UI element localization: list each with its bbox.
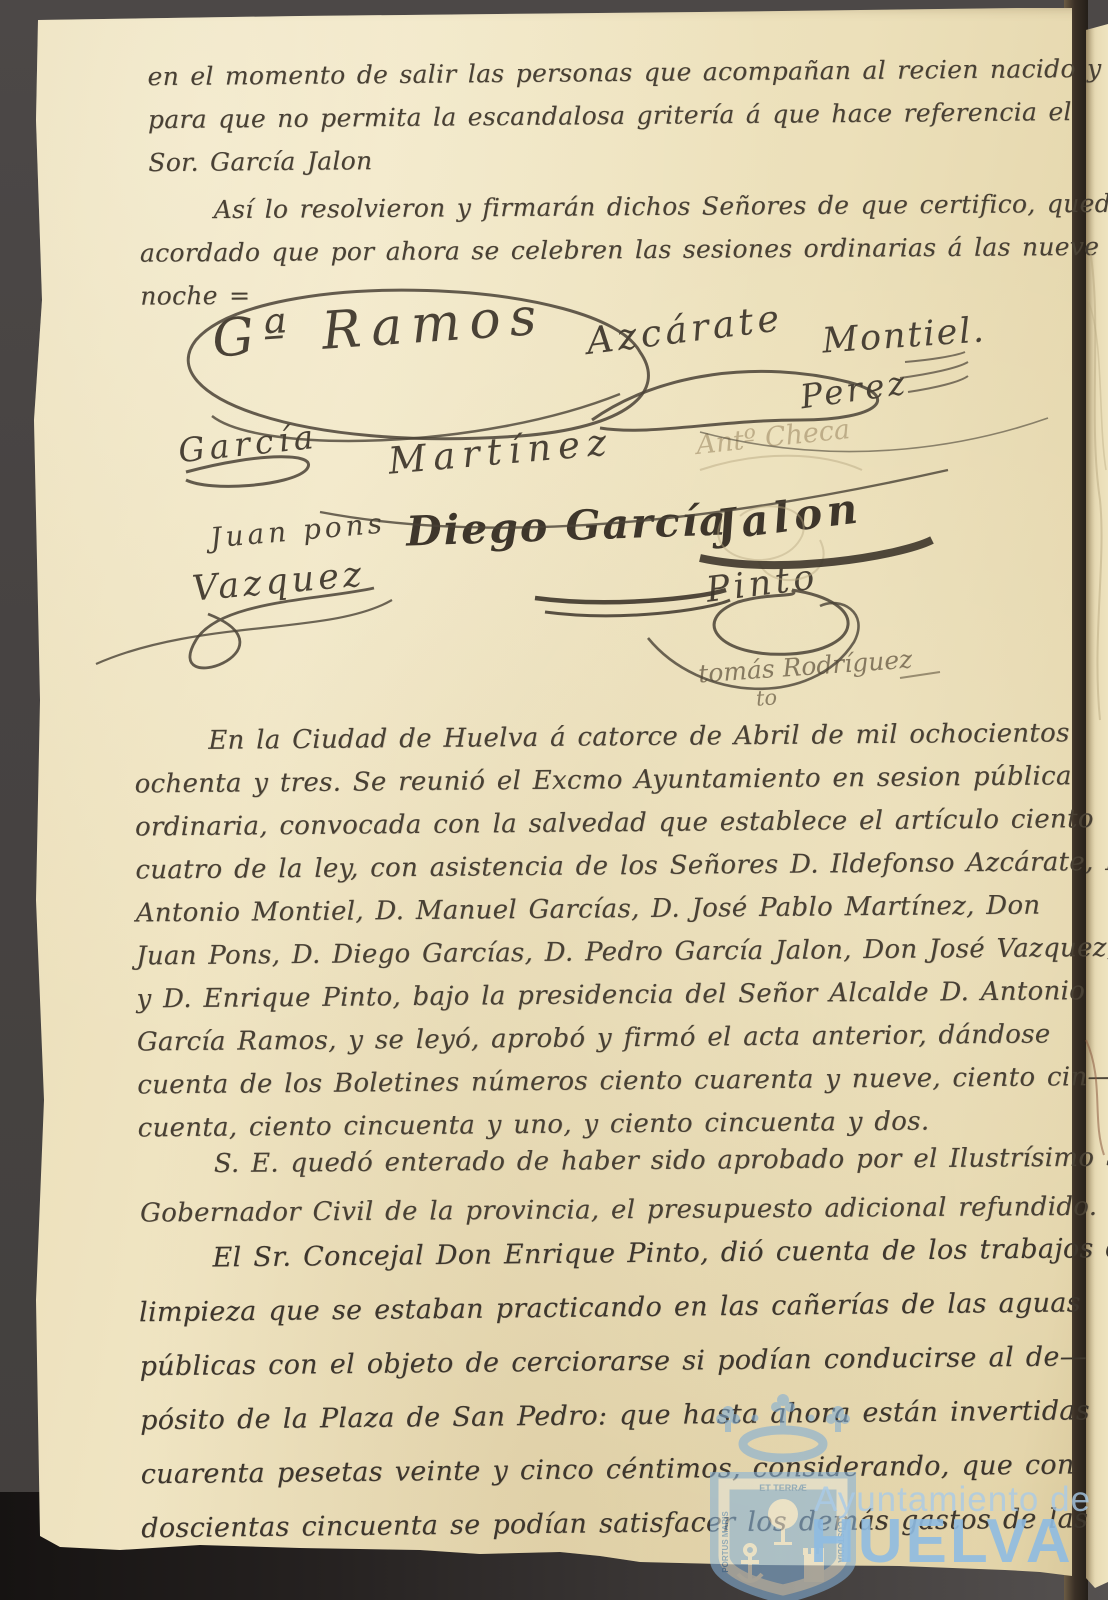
signature-garcia: García — [176, 417, 320, 470]
manuscript-line: S. E. quedó enterado de haber sido aprob… — [140, 1143, 1108, 1199]
paragraph-5: El Sr. Concejal Don Enrique Pinto, dió c… — [138, 1233, 1108, 1567]
signature-tomas-rodriguez: tomás Rodríguez — [697, 645, 913, 689]
signature-rubric: to — [755, 685, 778, 710]
manuscript-line: Sor. García Jalon — [148, 140, 1102, 191]
paragraph-3: En la Ciudad de Huelva á catorce de Abri… — [134, 718, 1108, 1157]
manuscript-line: públicas con el objeto de cerciorarse si… — [139, 1341, 1108, 1405]
manuscript-line: limpieza que se estaban practicando en l… — [139, 1287, 1108, 1351]
manuscript-line: doscientas cincuenta se podían satisface… — [141, 1503, 1108, 1567]
paragraph-1: en el momento de salir las personas que … — [147, 54, 1102, 191]
manuscript-line: El Sr. Concejal Don Enrique Pinto, dió c… — [138, 1233, 1108, 1297]
pencil-note-checa: Antº Checa — [695, 414, 852, 461]
signature-vazquez: Vazquez — [191, 555, 367, 610]
paragraph-4: S. E. quedó enterado de haber sido aprob… — [140, 1143, 1108, 1248]
manuscript-line: acordado que por ahora se celebren las s… — [140, 231, 1108, 281]
manuscript-line: pósito de la Plaza de San Pedro: que has… — [140, 1395, 1108, 1459]
signature-juan-pons: Juan pons — [209, 506, 387, 554]
signature-diego-garcia: Diego García — [405, 496, 728, 555]
signature-perez: Perez — [798, 363, 910, 417]
manuscript-line: Así lo resolvieron y firmarán dichos Señ… — [140, 188, 1108, 238]
signature-martinez: Martínez — [387, 420, 615, 482]
signature-pinto: Pinto — [704, 557, 820, 610]
handwriting-layer: en el momento de salir las personas que … — [0, 0, 1108, 1600]
manuscript-line: cuarenta pesetas veinte y cinco céntimos… — [141, 1449, 1108, 1513]
signature-jalon: Jalon — [714, 483, 865, 550]
scanned-page: en el momento de salir las personas que … — [0, 0, 1108, 1600]
